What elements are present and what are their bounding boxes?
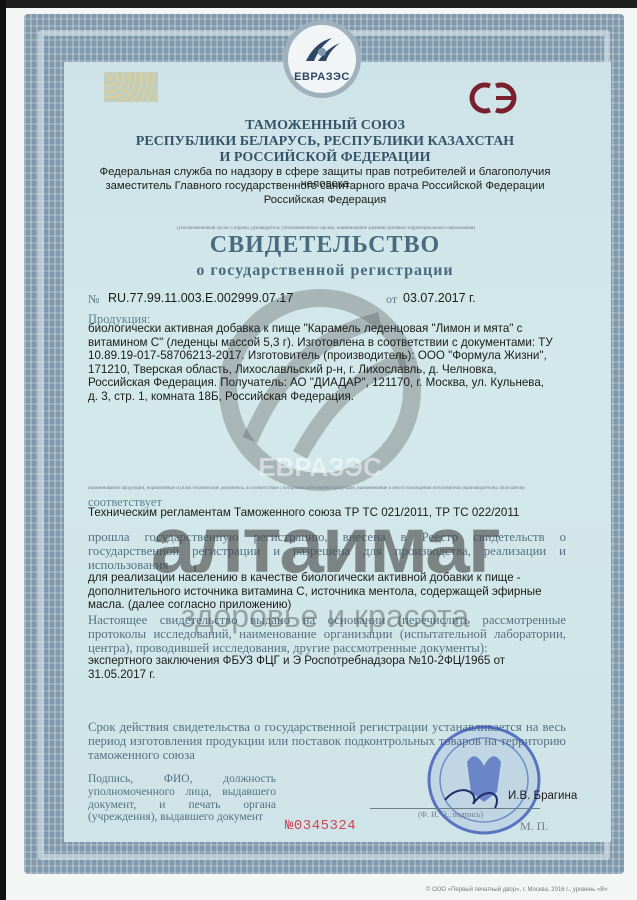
watermark-brand: алтаимаг [80, 505, 570, 585]
fio-caption: (Ф. И. О., подпись) [418, 810, 483, 819]
eurasec-emblem: ЕВРАЗЭС [283, 20, 361, 98]
watermark-tagline: здоровье и красота [80, 600, 570, 632]
signer-name: И.В. Брагина [508, 790, 577, 802]
conformity-mark-icon [466, 81, 528, 115]
emblem-label: ЕВРАЗЭС [288, 71, 356, 83]
scan-top-edge [0, 0, 637, 8]
basis-text: экспертного заключения ФБУЗ ФЦГ и Э Росп… [88, 654, 566, 681]
union-title: ТАМОЖЕННЫЙ СОЮЗ [90, 118, 560, 134]
serial-number: №0345324 [285, 818, 356, 834]
authority-line-3: Российская Федерация [80, 194, 570, 206]
watermark-emblem-label: ЕВРАЗЭС [258, 452, 382, 482]
signature-caption: Подпись, ФИО, должность уполномоченного … [88, 773, 276, 824]
product-description: биологически активная добавка к пище "Ка… [88, 322, 553, 404]
authority-caption: (уполномоченный орган Стороны, руководит… [96, 226, 556, 231]
number-label: № [88, 292, 99, 307]
eurasec-emblem-icon [302, 35, 342, 65]
registration-number: RU.77.99.11.003.E.002999.07.17 [108, 291, 293, 305]
printer-footer: © ООО «Первый печатный двор», г. Москва,… [426, 887, 608, 893]
date-label: от [386, 292, 397, 307]
hologram-sticker [104, 72, 158, 102]
union-members: РЕСПУБЛИКИ БЕЛАРУСЬ, РЕСПУБЛИКИ КАЗАХСТА… [90, 134, 560, 150]
signature-line [370, 808, 540, 809]
product-caption: (наименование продукции, нормативные и (… [88, 486, 558, 491]
seal-label: М. П. [520, 819, 548, 834]
scan-left-edge [0, 0, 6, 900]
registration-date: 03.07.2017 г. [403, 291, 476, 305]
document-title: СВИДЕТЕЛЬСТВО [90, 232, 560, 259]
authority-line-2: заместитель Главного государственного са… [80, 180, 570, 192]
union-members-2: И РОССИЙСКОЙ ФЕДЕРАЦИИ [90, 150, 560, 166]
document-subtitle: о государственной регистрации [90, 262, 560, 280]
